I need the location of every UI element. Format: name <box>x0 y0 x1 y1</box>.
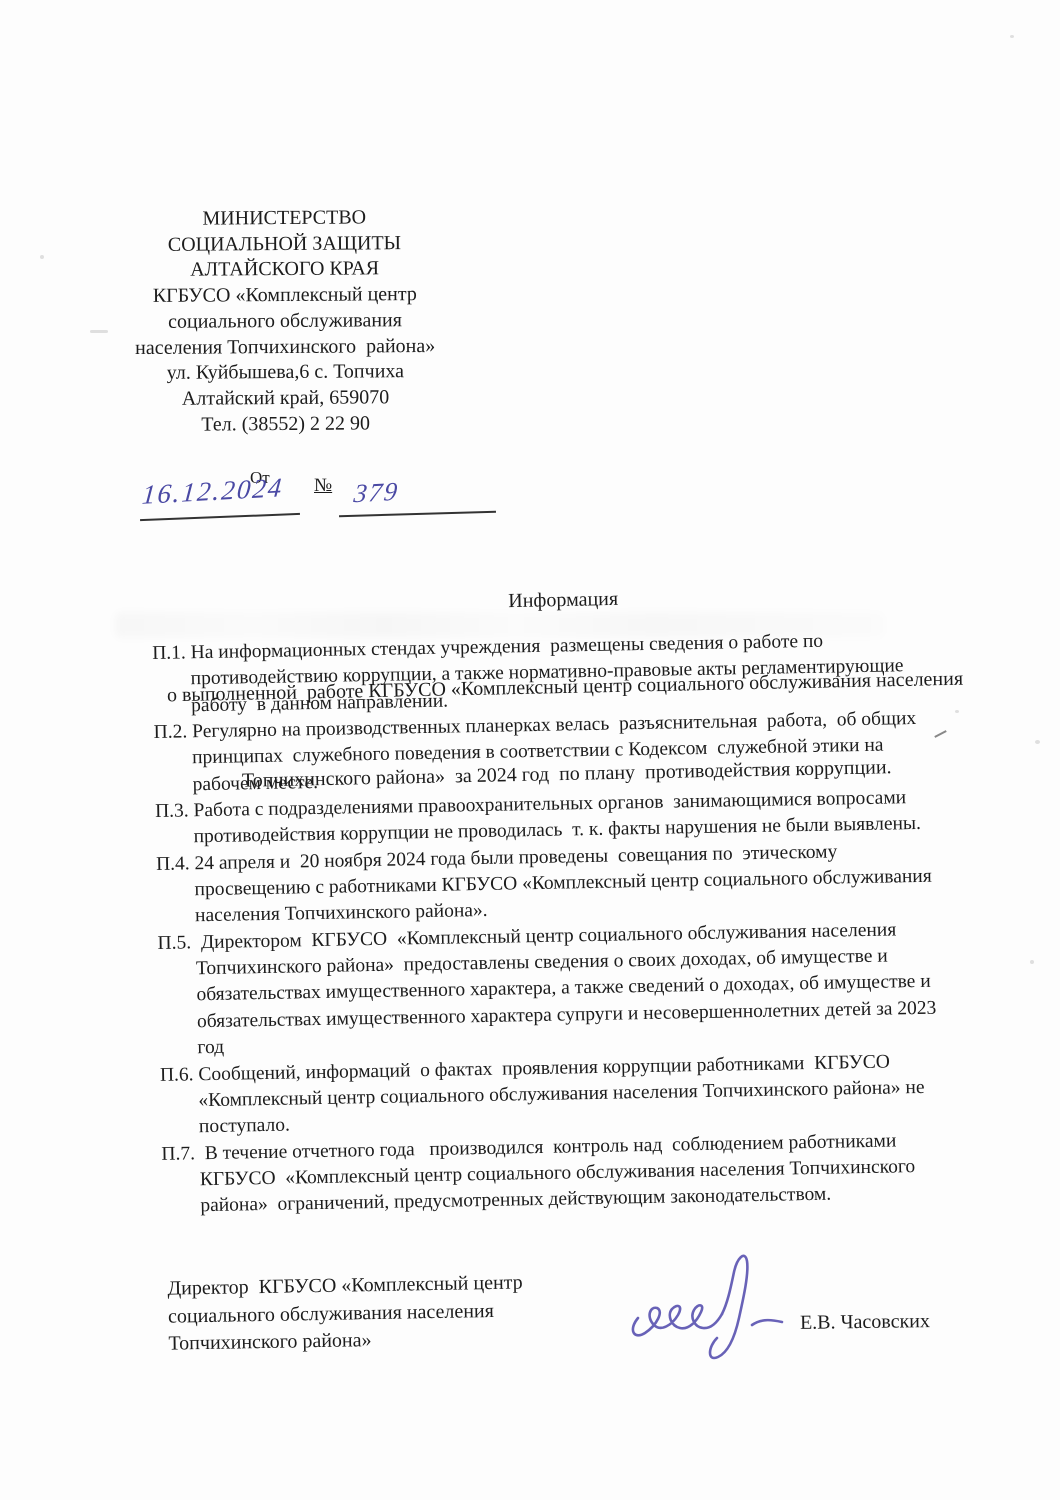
paragraph: П.6. Сообщений, информаций о фактах проя… <box>160 1048 945 1141</box>
letterhead-line: населения Топчихинского района» <box>62 333 508 362</box>
signature-title-block: Директор КГБУСО «Комплексный центрсоциал… <box>167 1268 588 1358</box>
scan-speck <box>40 255 44 259</box>
handwritten-number: 379 <box>352 477 401 510</box>
scanned-letter-page: МИНИСТЕРСТВОСОЦИАЛЬНОЙ ЗАЩИТЫАЛТАЙСКОГО … <box>0 0 1060 1500</box>
scan-speck <box>1010 35 1014 38</box>
signature-title-line: Топчихинского района» <box>168 1324 588 1359</box>
signer-name: Е.В. Часовских <box>800 1310 930 1335</box>
letterhead-line: ул. Куйбышева,6 с. Топчиха <box>62 359 508 388</box>
handwritten-date: 16.12.2024 <box>141 472 285 511</box>
number-underline <box>339 511 496 517</box>
letterhead-line: МИНИСТЕРСТВО <box>61 204 507 233</box>
reference-line: От 16.12.2024 № 379 <box>140 466 560 536</box>
scan-speck <box>1035 740 1040 744</box>
letterhead-line: Алтайский край, 659070 <box>62 384 508 413</box>
letterhead-line: КГБУСО «Комплексный центр <box>62 282 508 311</box>
paragraph: П.4. 24 апреля и 20 ноября 2024 года был… <box>156 837 941 930</box>
paragraph-list: П.1. На информационных стендах учреждени… <box>152 627 946 1221</box>
letterhead-line: АЛТАЙСКОГО КРАЯ <box>62 256 508 285</box>
letterhead-line: СОЦИАЛЬНОЙ ЗАЩИТЫ <box>61 230 507 259</box>
signature-autograph <box>626 1248 804 1366</box>
letterhead-line: социального обслуживания <box>62 307 508 336</box>
date-underline <box>140 513 300 521</box>
paragraph: П.1. На информационных стендах учреждени… <box>152 627 937 720</box>
number-label: № <box>314 475 332 497</box>
letterhead-line: Тел. (38552) 2 22 90 <box>63 410 509 439</box>
scan-speck <box>1030 960 1034 964</box>
paragraph: П.2. Регулярно на производственных плане… <box>153 706 938 799</box>
scan-speck <box>90 330 108 333</box>
paragraph: П.5. Директором КГБУСО «Комплексный цент… <box>157 916 943 1062</box>
scan-speck <box>955 710 959 713</box>
paragraph: П.7. В течение отчетного года производил… <box>161 1127 946 1220</box>
letterhead: МИНИСТЕРСТВОСОЦИАЛЬНОЙ ЗАЩИТЫАЛТАЙСКОГО … <box>61 204 509 438</box>
